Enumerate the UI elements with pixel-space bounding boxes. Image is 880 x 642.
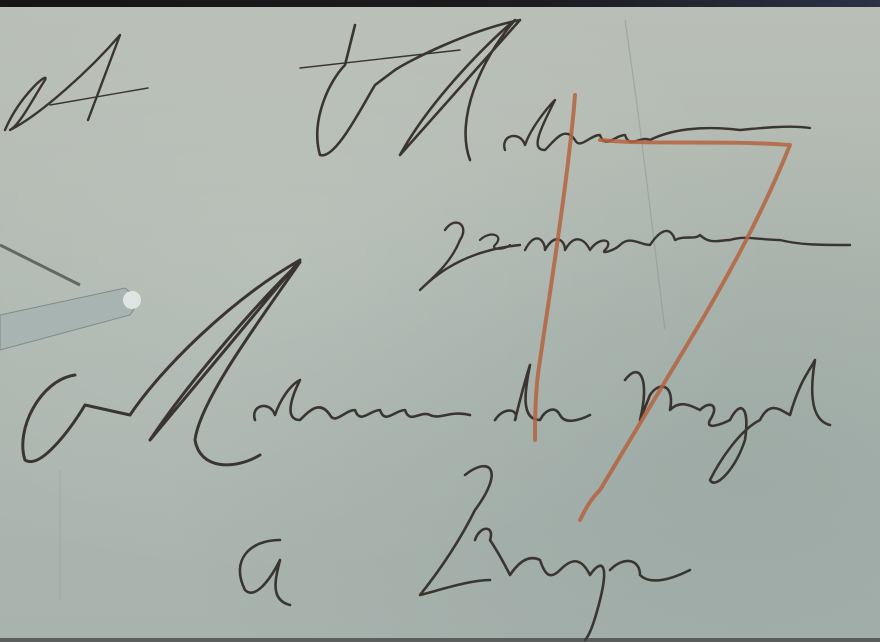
postal-marking-17 [535,95,790,520]
envelope-bottom-edge [0,638,880,642]
handwritten-address [0,0,880,642]
envelope-photo: A Madame de morlaix Madame de Mesgval a … [0,0,880,642]
